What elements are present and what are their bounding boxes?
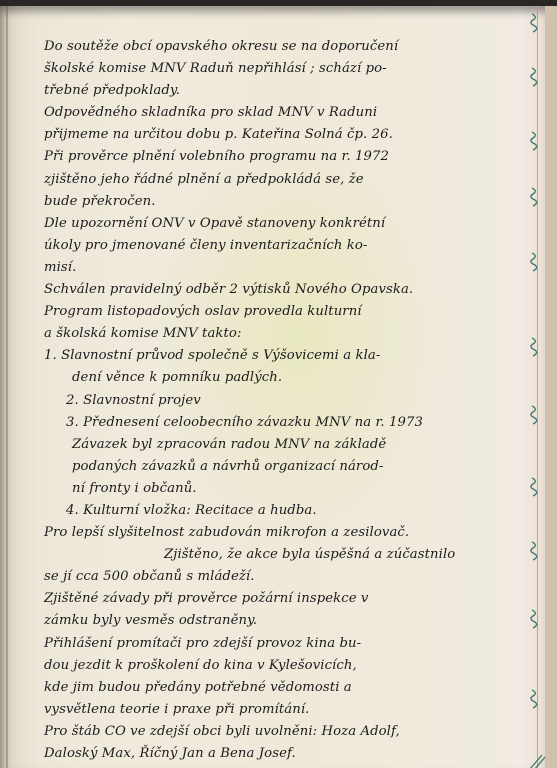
text-line: Daloský Max, Říčný Jan a Bena Josef. [44, 743, 514, 765]
text-line: Schválen pravidelný odběr 2 výtisků Nové… [44, 279, 514, 301]
text-line: misí. [44, 257, 514, 279]
end-double-slash-mark [528, 751, 548, 768]
text-line: školské komise MNV Raduň nepřihlásí ; sc… [44, 58, 514, 80]
text-line: úkoly pro jmenované členy inventarizační… [44, 235, 514, 257]
text-line: Závazek byl zpracován radou MNV na zákla… [44, 434, 514, 456]
text-line: Odpovědného skladníka pro sklad MNV v Ra… [44, 102, 514, 124]
text-line: 2. Slavnostní projev [44, 390, 514, 412]
text-line: Přihlášení promítači pro zdejší provoz k… [44, 633, 514, 655]
text-line: třebné předpoklady. [44, 80, 514, 102]
text-line: 3. Přednesení celoobecního závazku MNV n… [44, 412, 514, 434]
margin-wavy-mark [528, 66, 540, 90]
notebook-page: Do soutěže obcí opavského okresu se na d… [0, 6, 557, 768]
text-line: Zjištěno, že akce byla úspěšná a zúčastn… [44, 544, 514, 566]
text-line: podaných závazků a návrhů organizací nár… [44, 456, 514, 478]
text-line: bude překročen. [44, 191, 514, 213]
text-line: vysvětlena teorie i praxe při promítání. [44, 699, 514, 721]
text-line: ní fronty i občanů. [44, 478, 514, 500]
margin-wavy-mark [528, 336, 540, 360]
text-line: Zjištěné závady při prověrce požární ins… [44, 588, 514, 610]
text-line: 4. Kulturní vložka: Recitace a hudba. [44, 500, 514, 522]
binding-gutter [6, 6, 8, 768]
margin-wavy-mark [528, 688, 540, 712]
text-line: Do soutěže obcí opavského okresu se na d… [44, 36, 514, 58]
text-line: Dle upozornění ONV v Opavě stanoveny kon… [44, 213, 514, 235]
margin-wavy-mark [528, 540, 540, 564]
margin-line [537, 6, 538, 768]
text-line: kde jim budou předány potřebné vědomosti… [44, 677, 514, 699]
margin-wavy-mark [528, 186, 540, 210]
text-line: a školská komise MNV takto: [44, 323, 514, 345]
text-line: zjištěno jeho řádné plnění a předpokládá… [44, 169, 514, 191]
text-line: Pro štáb CO ve zdejší obci byli uvolněni… [44, 721, 514, 743]
text-line: Pro lepší slyšitelnost zabudován mikrofo… [44, 522, 514, 544]
text-line: 1. Slavnostní průvod společně s Výšovice… [44, 345, 514, 367]
text-line: přijmeme na určitou dobu p. Kateřina Sol… [44, 124, 514, 146]
handwritten-text-block: Do soutěže obcí opavského okresu se na d… [44, 36, 514, 765]
text-line: dení věnce k pomníku padlých. [44, 367, 514, 389]
text-line: Program listopadových oslav provedla kul… [44, 301, 514, 323]
page-edges [545, 6, 557, 768]
margin-wavy-mark [528, 12, 540, 36]
text-line: Při prověrce plnění volebního programu n… [44, 146, 514, 168]
margin-wavy-mark [528, 608, 540, 632]
margin-wavy-mark [528, 130, 540, 154]
text-line: se jí cca 500 občanů s mládeží. [44, 566, 514, 588]
margin-wavy-mark [528, 251, 540, 275]
margin-wavy-mark [528, 404, 540, 428]
text-line: dou jezdit k proškolení do kina v Kylešo… [44, 655, 514, 677]
margin-wavy-mark [528, 476, 540, 500]
text-line: zámku byly vesměs odstraněny. [44, 610, 514, 632]
